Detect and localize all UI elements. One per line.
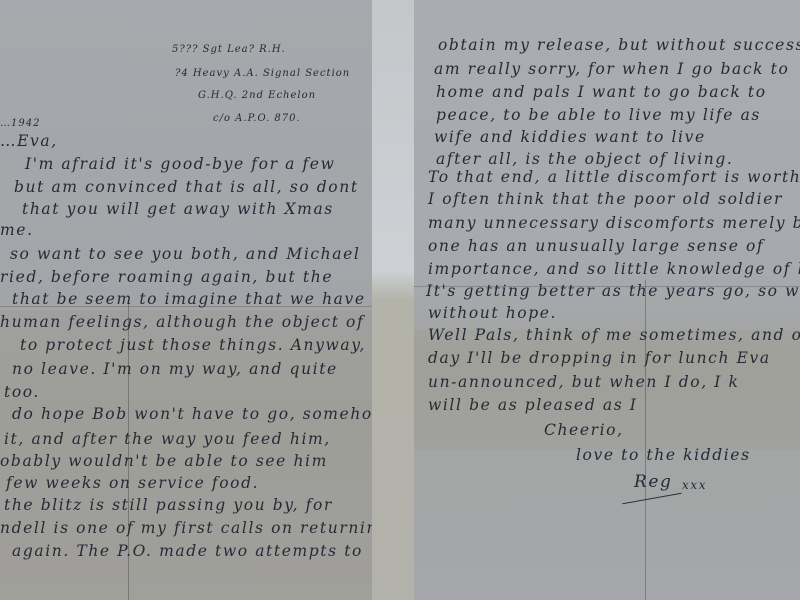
body-line: wife and kiddies want to live (434, 128, 706, 146)
body-line: without hope. (428, 304, 557, 322)
body-line: so want to see you both, and Michael (10, 245, 360, 263)
body-line: am really sorry, for when I go back to (434, 60, 789, 78)
body-line: un-announced, but when I do, I k (428, 373, 740, 391)
body-line: no leave. I'm on my way, and quite (12, 360, 338, 378)
signature-underline (622, 493, 681, 504)
body-line: one has an unusually large sense of (428, 237, 764, 255)
body-line: ndell is one of my first calls on return… (0, 519, 372, 537)
body-line: importance, and so little knowledge of h (428, 260, 800, 278)
kisses: xxx (682, 478, 707, 492)
body-line: it, and after the way you feed him, (4, 430, 331, 448)
date-fragment: …1942 (0, 118, 40, 129)
body-line: again. The P.O. made two attempts to (12, 542, 363, 560)
letter-page-left: 5??? Sgt Lea? R.H. ?4 Heavy A.A. Signal … (0, 0, 372, 600)
body-line: To that end, a little discomfort is wort… (428, 168, 800, 186)
body-line: obtain my release, but without success. … (438, 36, 800, 54)
body-line: few weeks on service food. (6, 474, 259, 492)
signature: Reg (634, 472, 673, 492)
sign-off: love to the kiddies (576, 446, 751, 464)
body-line: ried, before roaming again, but the (0, 268, 333, 286)
header-address-line: c/o A.P.O. 870. (213, 113, 301, 124)
header-service-line: 5??? Sgt Lea? R.H. (172, 44, 286, 55)
body-line: many unnecessary discomforts merely beca (428, 214, 800, 232)
body-line: me. (0, 221, 34, 239)
body-line: that be seem to imagine that we have (12, 290, 366, 308)
body-line: to protect just those things. Anyway, (20, 336, 366, 354)
body-line: too. (4, 383, 40, 401)
body-line: that you will get away with Xmas (22, 200, 334, 218)
body-line: day I'll be dropping in for lunch Eva (428, 349, 771, 367)
salutation: …Eva, (0, 132, 58, 150)
body-line: Well Pals, think of me sometimes, and o (428, 326, 800, 344)
header-hq-line: G.H.Q. 2nd Echelon (198, 90, 316, 101)
body-line: home and pals I want to go back to (436, 83, 767, 101)
body-line: obably wouldn't be able to see him (0, 452, 328, 470)
body-line: human feelings, although the object of t… (0, 313, 372, 331)
body-line: I often think that the poor old soldier (428, 190, 783, 208)
letter-page-right: obtain my release, but without success. … (414, 0, 800, 600)
body-line: after all, is the object of living. (436, 150, 733, 168)
body-line: but am convinced that is all, so dont (14, 178, 359, 196)
body-line: will be as pleased as I (428, 396, 638, 414)
page-gap (372, 0, 414, 600)
body-line: peace, to be able to live my life as (436, 106, 761, 124)
body-line: I'm afraid it's good-bye for a few (25, 155, 335, 173)
body-line: It's getting better as the years go, so … (426, 282, 800, 300)
body-line: the blitz is still passing you by, for (4, 496, 333, 514)
closing: Cheerio, (544, 421, 624, 439)
body-line: do hope Bob won't have to go, somehow I (12, 405, 372, 423)
header-unit-line: ?4 Heavy A.A. Signal Section (175, 68, 350, 79)
